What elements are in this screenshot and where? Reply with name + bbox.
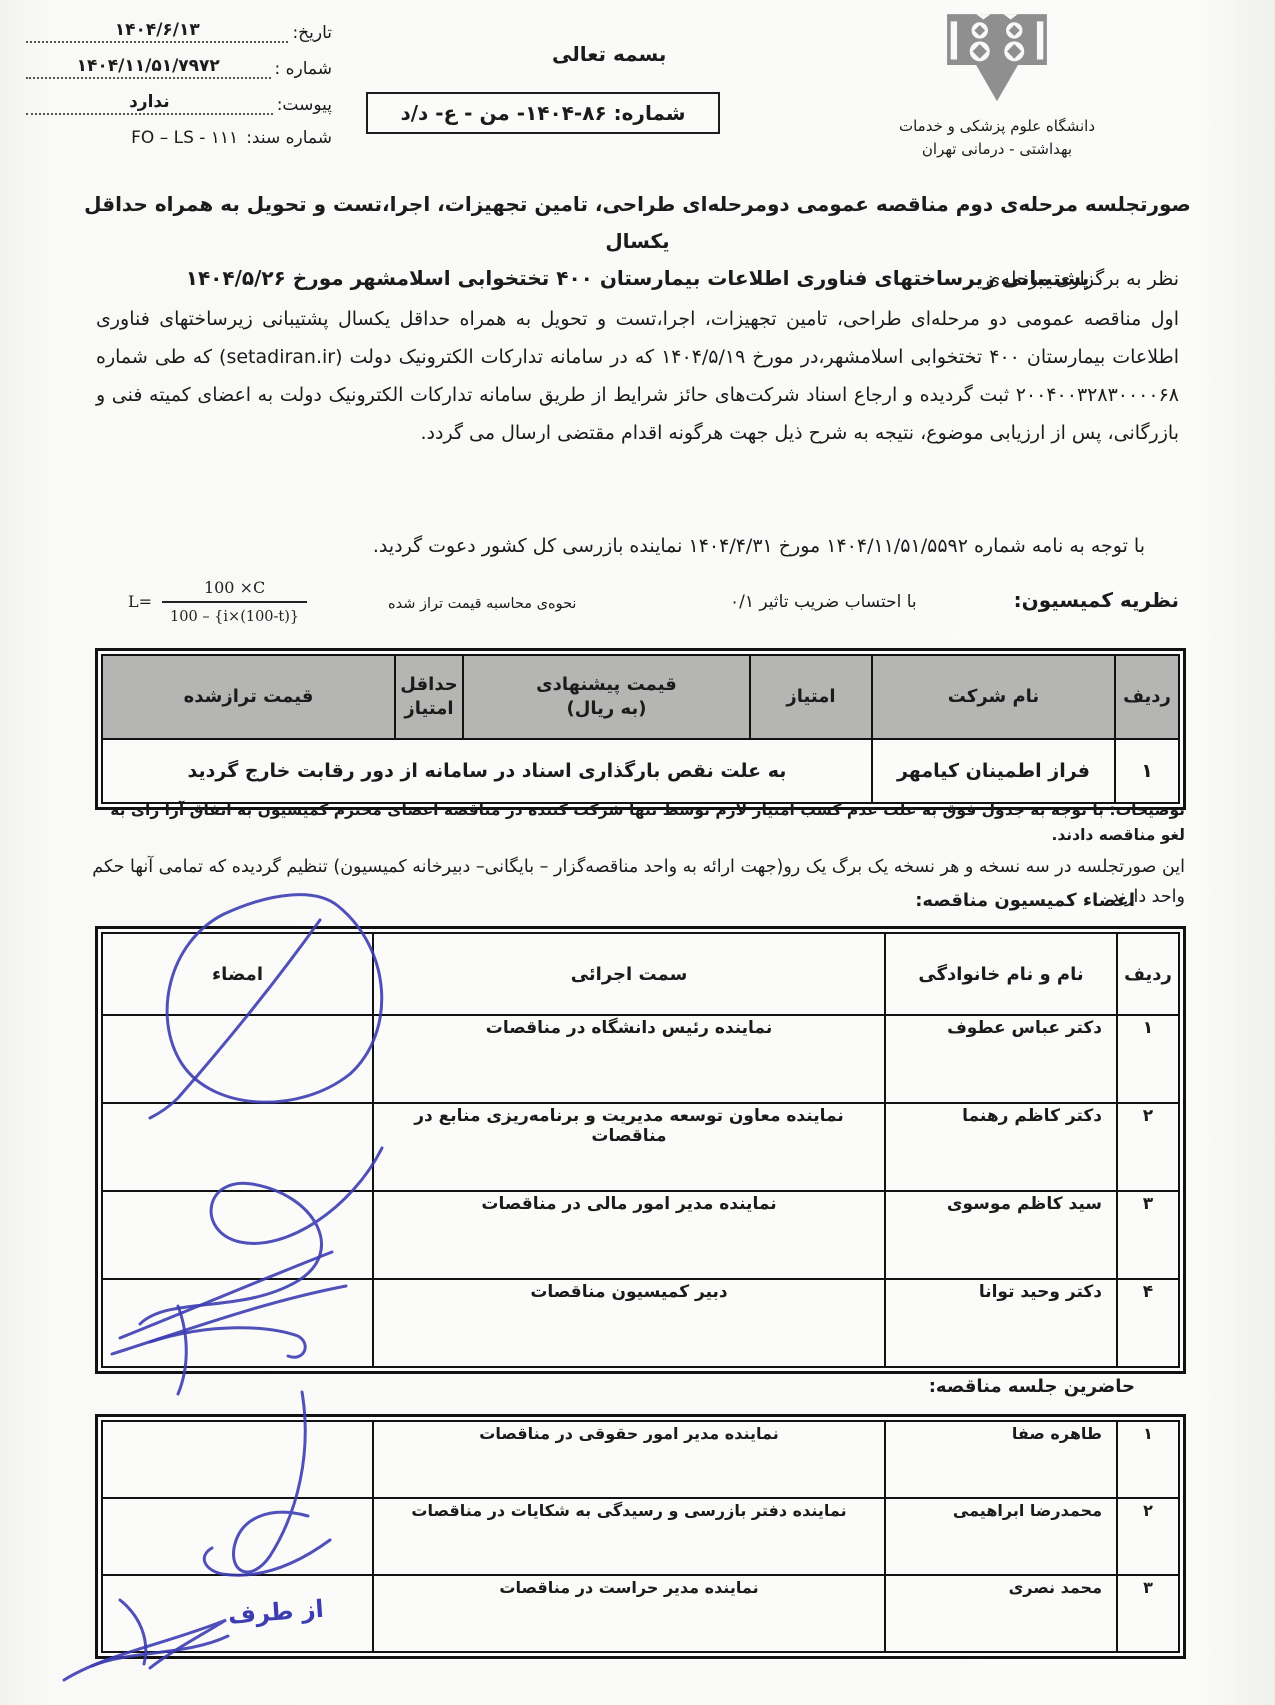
col-proposed-price-line1: قیمت پیشنهادی (468, 673, 745, 697)
row-index: ۳ (1117, 1575, 1179, 1652)
balanced-price-method-text: نحوه‌ی محاسبه قیمت تراز شده (388, 596, 576, 612)
attachment-label: پیوست: (273, 95, 332, 115)
member-name: دکتر وحید توانا (885, 1279, 1117, 1367)
member-role: نماینده مدیر امور مالی در مناقصات (373, 1191, 885, 1279)
col-signature: امضاء (102, 933, 373, 1015)
formula-lhs: L= (128, 592, 152, 611)
inspection-letter-line: با توجه به نامه شماره ۱۴۰۴/۱۱/۵۱/۵۵۹۲ مو… (373, 535, 1145, 557)
title-line1: صورتجلسه مرحله‌ی دوم مناقصه عمومی دومرحل… (70, 186, 1205, 260)
row-index: ۱ (1117, 1421, 1179, 1498)
row-index: ۴ (1117, 1279, 1179, 1367)
company-name: فراز اطمینان کیامهر (872, 739, 1115, 803)
besmeleh-text: بسمه تعالی (552, 42, 666, 66)
balanced-price-formula: L= 100 ×C 100 – {i×(100-t)} (128, 578, 307, 625)
date-value: ۱۴۰۴/۶/۱۳ (26, 20, 288, 43)
table-row: ۲ محمدرضا ابراهیمی نماینده دفتر بازرسی و… (102, 1498, 1179, 1575)
signature-cell (102, 1421, 373, 1498)
table-header-row: ردیف نام شرکت امتیاز قیمت پیشنهادی (به ر… (102, 655, 1179, 739)
doc-number-label: شماره سند: (246, 128, 332, 148)
university-name-line1: دانشگاه علوم پزشکی و خدمات (872, 115, 1122, 138)
doc-number-value: FO – LS - ۱۱۱ (131, 128, 238, 148)
member-name: دکتر عباس عطوف (885, 1015, 1117, 1103)
body-lead: نظر به برگزاری مرحله‌ی (986, 268, 1179, 290)
col-row: ردیف (1117, 933, 1179, 1015)
col-balanced-price: قیمت ترازشده (102, 655, 395, 739)
notes-line1-text: با توجه به جدول فوق به علت عدم کسب امتیا… (110, 801, 1185, 844)
table-row: ۲ دکتر کاظم رهنما نماینده معاون توسعه مد… (102, 1103, 1179, 1191)
row-index: ۱ (1117, 1015, 1179, 1103)
col-company: نام شرکت (872, 655, 1115, 739)
member-name: دکتر کاظم رهنما (885, 1103, 1117, 1191)
formula-denominator: 100 – {i×(100-t)} (162, 601, 307, 625)
table-header-row: ردیف نام و نام خانوادگی سمت اجرائی امضاء (102, 933, 1179, 1015)
number-value: ۱۴۰۴/۱۱/۵۱/۷۹۷۲ (26, 56, 271, 79)
col-role: سمت اجرائی (373, 933, 885, 1015)
attendee-name: محمد نصری (885, 1575, 1117, 1652)
university-name-line2: بهداشتی - درمانی تهران (872, 138, 1122, 161)
row-index: ۱ (1115, 739, 1179, 803)
university-block: دانشگاه علوم پزشکی و خدمات بهداشتی - درم… (872, 12, 1122, 160)
row-index: ۲ (1117, 1498, 1179, 1575)
member-role: نماینده معاون توسعه مدیریت و برنامه‌ریزی… (373, 1103, 885, 1191)
attachment-value: ندارد (26, 92, 273, 115)
university-logo (938, 12, 1056, 107)
commission-result-table: ردیف نام شرکت امتیاز قیمت پیشنهادی (به ر… (95, 648, 1186, 810)
col-proposed-price: قیمت پیشنهادی (به ریال) (463, 655, 750, 739)
reference-number-box: شماره: ۸۶-۱۴۰۴- من - ع- د/د (366, 92, 720, 134)
date-label: تاریخ: (288, 23, 332, 43)
body-paragraph: اول مناقصه عمومی دو مرحله‌ای طراحی، تامی… (96, 300, 1179, 452)
members-heading: اعضاء کمیسیون مناقصه: (915, 890, 1135, 911)
commission-opinion-label: نظریه کمیسیون: (1014, 588, 1179, 612)
table-row: ۱ فراز اطمینان کیامهر به علت نقص بارگذار… (102, 739, 1179, 803)
formula-numerator: 100 ×C (178, 578, 291, 601)
member-role: نماینده رئیس دانشگاه در مناقصات (373, 1015, 885, 1103)
table-row: ۱ دکتر عباس عطوف نماینده رئیس دانشگاه در… (102, 1015, 1179, 1103)
signature-cell (102, 1015, 373, 1103)
table-row: ۱ طاهره صفا نماینده مدیر امور حقوقی در م… (102, 1421, 1179, 1498)
table-row: ۴ دکتر وحید توانا دبیر کمیسیون مناقصات (102, 1279, 1179, 1367)
document-meta-block: تاریخ: ۱۴۰۴/۶/۱۳ شماره : ۱۴۰۴/۱۱/۵۱/۷۹۷۲… (26, 20, 332, 148)
member-name: سید کاظم موسوی (885, 1191, 1117, 1279)
col-score: امتیاز (750, 655, 872, 739)
row-index: ۳ (1117, 1191, 1179, 1279)
attendee-role: نماینده مدیر حراست در مناقصات (373, 1575, 885, 1652)
commission-members-table: ردیف نام و نام خانوادگی سمت اجرائی امضاء… (95, 926, 1186, 1374)
notes-label: توضیحات: (1109, 801, 1185, 819)
col-min-score: حداقل امتیاز (395, 655, 463, 739)
attendees-heading: حاضرین جلسه مناقصه: (929, 1376, 1135, 1397)
meta-date-row: تاریخ: ۱۴۰۴/۶/۱۳ (26, 20, 332, 43)
col-row: ردیف (1115, 655, 1179, 739)
signature-cell (102, 1103, 373, 1191)
meta-doc-number-row: شماره سند: FO – LS - ۱۱۱ (26, 128, 332, 148)
meta-attachment-row: پیوست: ندارد (26, 92, 332, 115)
signature-cell (102, 1279, 373, 1367)
disqualification-note: به علت نقص بارگذاری اسناد در سامانه از د… (102, 739, 872, 803)
attendee-name: طاهره صفا (885, 1421, 1117, 1498)
notes-line1: توضیحات: با توجه به جدول فوق به علت عدم … (90, 798, 1185, 848)
table-row: ۳ سید کاظم موسوی نماینده مدیر امور مالی … (102, 1191, 1179, 1279)
attendee-role: نماینده دفتر بازرسی و رسیدگی به شکایات د… (373, 1498, 885, 1575)
col-name: نام و نام خانوادگی (885, 933, 1117, 1015)
row-index: ۲ (1117, 1103, 1179, 1191)
col-proposed-price-line2: (به ریال) (468, 697, 745, 721)
member-role: دبیر کمیسیون مناقصات (373, 1279, 885, 1367)
number-label: شماره : (271, 59, 333, 79)
signature-cell (102, 1191, 373, 1279)
attendee-name: محمدرضا ابراهیمی (885, 1498, 1117, 1575)
impact-coefficient-text: با احتساب ضریب تاثیر ۰/۱ (730, 592, 917, 612)
formula-fraction: 100 ×C 100 – {i×(100-t)} (162, 578, 307, 625)
scanned-document-page: تاریخ: ۱۴۰۴/۶/۱۳ شماره : ۱۴۰۴/۱۱/۵۱/۷۹۷۲… (0, 0, 1275, 1705)
attendee-role: نماینده مدیر امور حقوقی در مناقصات (373, 1421, 885, 1498)
signature-cell (102, 1498, 373, 1575)
meta-number-row: شماره : ۱۴۰۴/۱۱/۵۱/۷۹۷۲ (26, 56, 332, 79)
